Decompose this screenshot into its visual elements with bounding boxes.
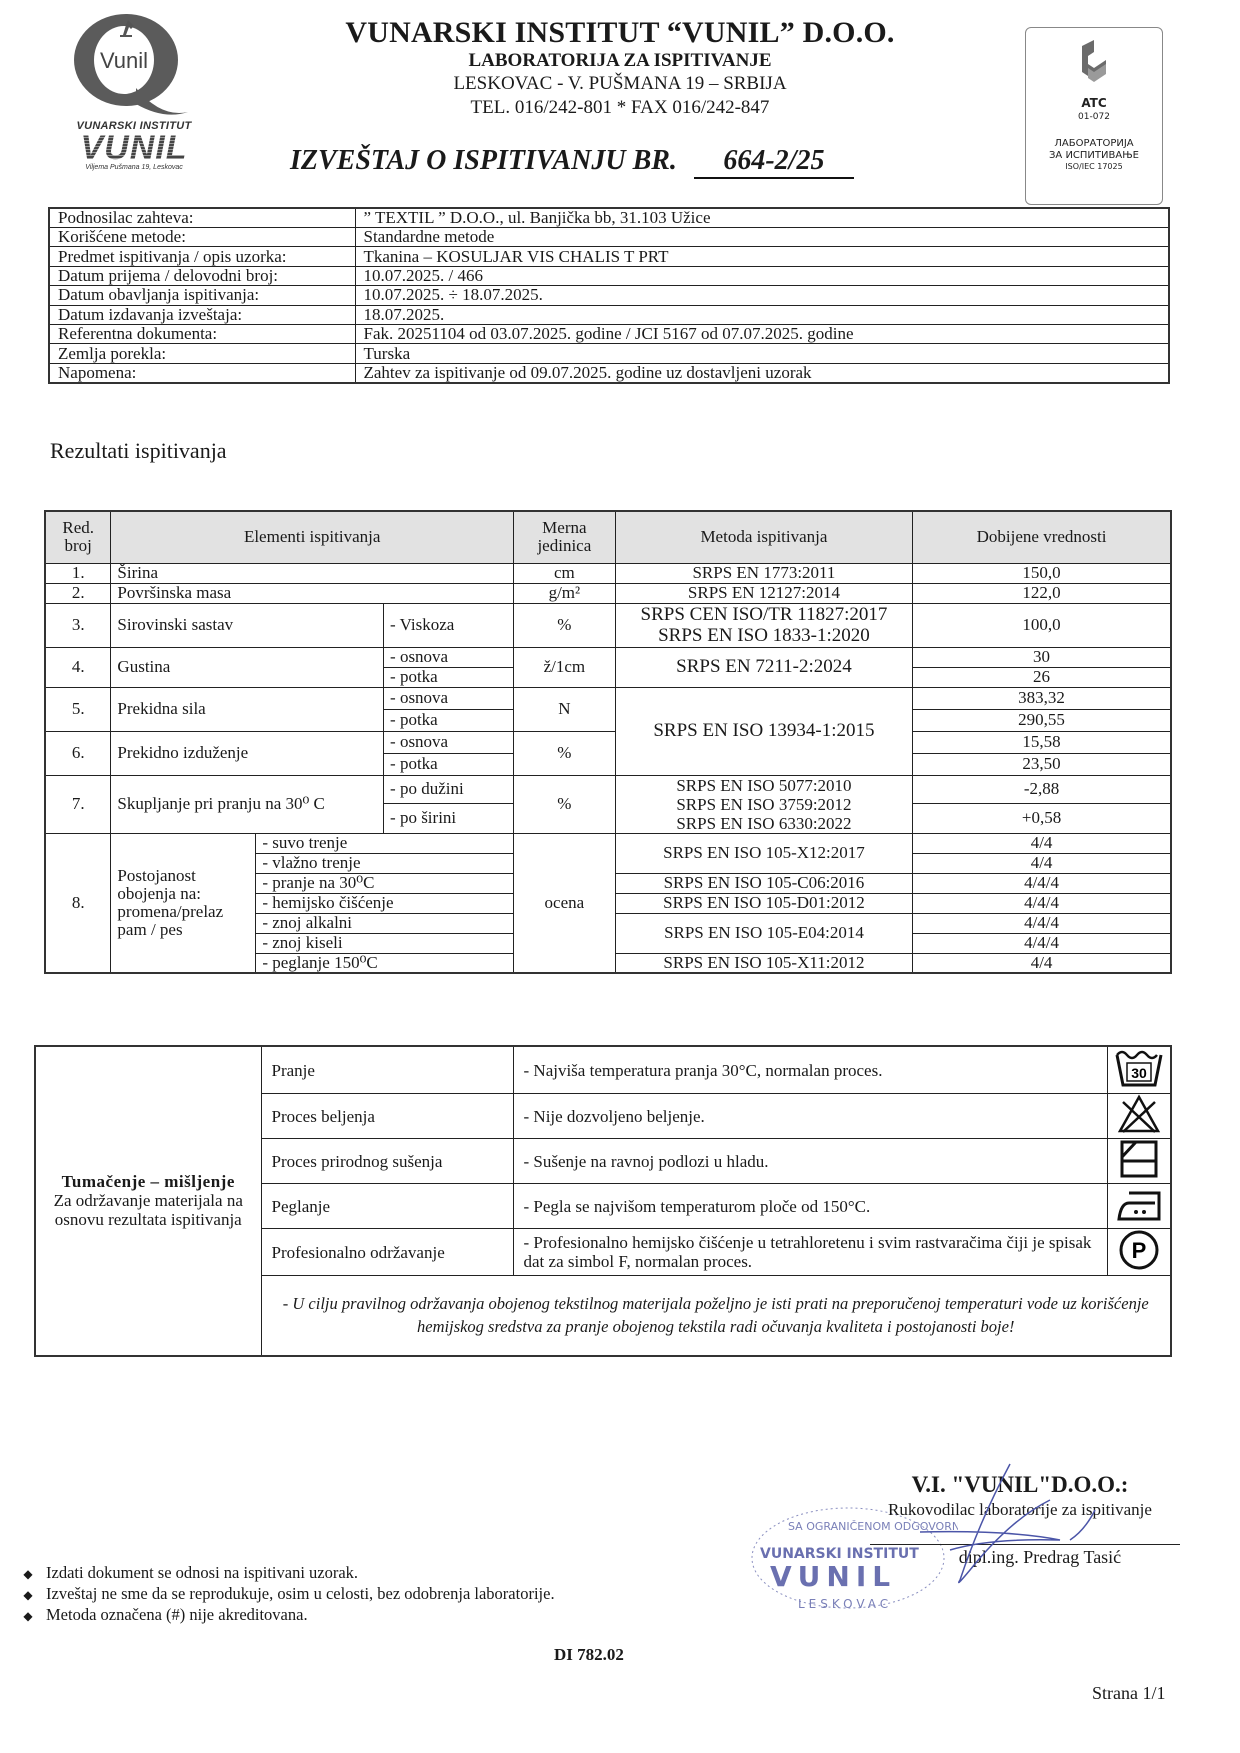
info-value: Fak. 20251104 od 03.07.2025. godine / JC…	[355, 324, 1169, 343]
atc-number: 01-072	[1026, 112, 1162, 122]
row-value: 23,50	[913, 753, 1171, 775]
request-info-table: Podnosilac zahteva:” TEXTIL ” D.O.O., ul…	[48, 207, 1170, 384]
interpretation-table: Tumačenje – mišljenje Za održavanje mate…	[34, 1045, 1172, 1357]
row-sub: - hemijsko čišćenje	[256, 893, 514, 913]
info-row: Korišćene metode:Standardne metode	[49, 228, 1169, 247]
results-header-row: Red. broj Elementi ispitivanja Merna jed…	[45, 511, 1171, 563]
row-sub: - znoj alkalni	[256, 913, 514, 933]
row-value: 4/4/4	[913, 873, 1171, 893]
row-element: Postojanost obojenja na: promena/prelaz …	[111, 833, 256, 973]
row-no: 5.	[45, 687, 111, 731]
row-value: +0,58	[913, 803, 1171, 833]
info-value: 18.07.2025.	[355, 305, 1169, 324]
row-no: 6.	[45, 731, 111, 775]
info-value: Turska	[355, 344, 1169, 363]
table-row: 6. Prekidno izduženje - osnova % 15,58	[45, 731, 1171, 753]
care-text: - Pegla se najvišom temperaturom ploče o…	[513, 1184, 1107, 1229]
atc-code: ATC	[1026, 96, 1162, 110]
table-row: 8. Postojanost obojenja na: promena/prel…	[45, 833, 1171, 853]
row-sub: - po širini	[384, 803, 514, 833]
method-line: SRPS EN ISO 1833-1:2020	[622, 625, 906, 646]
row-sub: - znoj kiseli	[256, 933, 514, 953]
row-no: 2.	[45, 583, 111, 603]
row-value: 4/4	[913, 853, 1171, 873]
row-unit: ocena	[513, 833, 615, 973]
info-label: Korišćene metode:	[49, 228, 355, 247]
care-text: - Nije dozvoljeno beljenje.	[513, 1094, 1107, 1139]
report-title-text: IZVEŠTAJ O ISPITIVANJU BR.	[290, 145, 677, 176]
contact: TEL. 016/242-801 * FAX 016/242-847	[300, 96, 940, 120]
method-line: SRPS EN ISO 5077:2010	[622, 776, 906, 795]
info-row: Zemlja porekla:Turska	[49, 344, 1169, 363]
row-sub: - vlažno trenje	[256, 853, 514, 873]
care-note: - U cilju pravilnog održavanja obojenog …	[261, 1276, 1171, 1356]
atc-label-line-2: ЗА ИСПИТИВАЊЕ	[1026, 150, 1162, 162]
row-value: 383,32	[913, 687, 1171, 709]
report-number: 664-2/25	[694, 145, 854, 179]
care-category: Proces beljenja	[261, 1094, 513, 1139]
row-value: 4/4	[913, 833, 1171, 853]
col-value: Dobijene vrednosti	[913, 511, 1171, 563]
row-sub: - suvo trenje	[256, 833, 514, 853]
footer-note: ◆Metoda označena (#) nije akreditovana.	[10, 1605, 555, 1626]
method-line: SRPS EN ISO 3759:2012	[622, 795, 906, 814]
method-line: SRPS CEN ISO/TR 11827:2017	[622, 604, 906, 625]
row-value: 26	[913, 667, 1171, 687]
org-name: VUNARSKI INSTITUT “VUNIL” D.O.O.	[300, 16, 940, 50]
results-heading: Rezultati ispitivanja	[50, 438, 227, 464]
report-title: IZVEŠTAJ O ISPITIVANJU BR. 664-2/25	[290, 145, 854, 179]
info-value: Standardne metode	[355, 228, 1169, 247]
atc-standard: ISO/IEC 17025	[1026, 162, 1162, 171]
svg-text:P: P	[1131, 1238, 1146, 1263]
info-label: Referentna dokumenta:	[49, 324, 355, 343]
row-method: SRPS EN ISO 105-X11:2012	[615, 953, 912, 973]
row-unit: %	[513, 775, 615, 833]
row-value: 4/4/4	[913, 893, 1171, 913]
signature-block: V.I. "VUNIL"D.O.O.: Rukovodilac laborato…	[860, 1472, 1180, 1568]
diamond-bullet-icon: ◆	[10, 1606, 46, 1626]
info-row: Datum izdavanja izveštaja:18.07.2025.	[49, 305, 1169, 324]
row-element: Gustina	[111, 647, 384, 687]
row-method: SRPS EN ISO 105-E04:2014	[615, 913, 912, 953]
info-row: Datum obavljanja ispitivanja:10.07.2025.…	[49, 286, 1169, 305]
row-value: 100,0	[913, 603, 1171, 647]
row-sub: - osnova	[384, 687, 514, 709]
logo-line-2: VUNIL	[64, 132, 204, 164]
row-value: 15,58	[913, 731, 1171, 753]
footer-note: ◆Izveštaj ne sme da se reprodukuje, osim…	[10, 1584, 555, 1605]
svg-text:30: 30	[1131, 1065, 1147, 1081]
row-no: 3.	[45, 603, 111, 647]
footer-note-text: Izdati dokument se odnosi na ispitivani …	[46, 1563, 358, 1582]
row-element: Širina	[111, 563, 514, 583]
method-line: SRPS EN ISO 6330:2022	[622, 814, 906, 833]
row-sub: - Viskoza	[384, 603, 514, 647]
row-no: 8.	[45, 833, 111, 973]
row-sub: - potka	[384, 753, 514, 775]
table-row: 1. Širina cm SRPS EN 1773:2011 150,0	[45, 563, 1171, 583]
table-row: 3. Sirovinski sastav - Viskoza % SRPS CE…	[45, 603, 1171, 647]
row-sub: - osnova	[384, 647, 514, 667]
row-sub: - osnova	[384, 731, 514, 753]
footer-note-text: Izveštaj ne sme da se reprodukuje, osim …	[46, 1584, 555, 1603]
dry-clean-p-icon: P	[1107, 1229, 1171, 1276]
info-label: Napomena:	[49, 363, 355, 383]
row-no: 4.	[45, 647, 111, 687]
info-value: 10.07.2025. / 466	[355, 266, 1169, 285]
row-method: SRPS EN ISO 105-C06:2016	[615, 873, 912, 893]
accreditation-badge: ATC 01-072 ЛАБОРАТОРИЈА ЗА ИСПИТИВАЊЕ IS…	[1025, 27, 1163, 205]
signature-org: V.I. "VUNIL"D.O.O.:	[860, 1472, 1180, 1498]
row-unit: N	[513, 687, 615, 731]
interpretation-subtitle: Za održavanje materijala na osnovu rezul…	[54, 1191, 243, 1229]
diamond-bullet-icon: ◆	[10, 1585, 46, 1605]
info-row: Datum prijema / delovodni broj:10.07.202…	[49, 266, 1169, 285]
row-method: SRPS EN ISO 13934-1:2015	[615, 687, 912, 775]
atc-label-line-1: ЛАБОРАТОРИЈА	[1026, 138, 1162, 150]
row-value: -2,88	[913, 775, 1171, 803]
row-element: Prekidno izduženje	[111, 731, 384, 775]
table-row: 2. Površinska masa g/m² SRPS EN 12127:20…	[45, 583, 1171, 603]
info-value: 10.07.2025. ÷ 18.07.2025.	[355, 286, 1169, 305]
dry-flat-shade-icon	[1107, 1139, 1171, 1184]
info-value: ” TEXTIL ” D.O.O., ul. Banjička bb, 31.1…	[355, 208, 1169, 228]
wash-30-icon: 30	[1107, 1046, 1171, 1094]
row-element: Prekidna sila	[111, 687, 384, 731]
row-value: 122,0	[913, 583, 1171, 603]
footer-notes: ◆Izdati dokument se odnosi na ispitivani…	[10, 1563, 555, 1626]
care-text: - Najviša temperatura pranja 30°C, norma…	[513, 1046, 1107, 1094]
signature-name: dipl.ing. Predrag Tasić	[860, 1547, 1180, 1568]
row-value: 150,0	[913, 563, 1171, 583]
row-unit: %	[513, 603, 615, 647]
row-sub: - po dužini	[384, 775, 514, 803]
row-unit: cm	[513, 563, 615, 583]
row-element: Površinska masa	[111, 583, 514, 603]
svg-text:Vunil: Vunil	[100, 48, 148, 73]
signature-role: Rukovodilac laboratorije za ispitivanje	[860, 1500, 1180, 1520]
interpretation-title: Tumačenje – mišljenje Za održavanje mate…	[35, 1046, 261, 1356]
care-text: - Profesionalno hemijsko čišćenje u tetr…	[513, 1229, 1107, 1276]
care-row: Tumačenje – mišljenje Za održavanje mate…	[35, 1046, 1171, 1094]
care-text: - Sušenje na ravnoj podlozi u hladu.	[513, 1139, 1107, 1184]
row-unit: g/m²	[513, 583, 615, 603]
info-label: Podnosilac zahteva:	[49, 208, 355, 228]
row-unit: ž/1cm	[513, 647, 615, 687]
care-category: Proces prirodnog sušenja	[261, 1139, 513, 1184]
row-unit: %	[513, 731, 615, 775]
care-category: Pranje	[261, 1046, 513, 1094]
row-sub: - potka	[384, 709, 514, 731]
q-logo-icon: Vunil	[66, 8, 190, 126]
svg-text:LESKOVAC: LESKOVAC	[798, 1597, 892, 1611]
care-category: Profesionalno održavanje	[261, 1229, 513, 1276]
interpretation-heading: Tumačenje – mišljenje	[62, 1172, 235, 1191]
row-sub: - peglanje 150⁰C	[256, 953, 514, 973]
info-value: Zahtev za ispitivanje od 09.07.2025. god…	[355, 363, 1169, 383]
vunil-wordmark: VUNARSKI INSTITUT VUNIL Viljema Pušmana …	[64, 120, 204, 171]
info-label: Datum obavljanja ispitivanja:	[49, 286, 355, 305]
col-element: Elementi ispitivanja	[111, 511, 514, 563]
footer-note-text: Metoda označena (#) nije akreditovana.	[46, 1605, 308, 1624]
row-method: SRPS EN 7211-2:2024	[615, 647, 912, 687]
row-element: Skupljanje pri pranju na 30⁰ C	[111, 775, 384, 833]
info-row: Podnosilac zahteva:” TEXTIL ” D.O.O., ul…	[49, 208, 1169, 228]
signature-line	[870, 1544, 1180, 1545]
row-method: SRPS EN 1773:2011	[615, 563, 912, 583]
col-method: Metoda ispitivanja	[615, 511, 912, 563]
page-number: Strana 1/1	[1092, 1683, 1166, 1704]
col-no: Red. broj	[45, 511, 111, 563]
atc-logo-icon	[1074, 40, 1114, 90]
row-value: 290,55	[913, 709, 1171, 731]
row-value: 4/4/4	[913, 913, 1171, 933]
row-element: Sirovinski sastav	[111, 603, 384, 647]
footer-note: ◆Izdati dokument se odnosi na ispitivani…	[10, 1563, 555, 1584]
info-label: Datum izdavanja izveštaja:	[49, 305, 355, 324]
care-category: Peglanje	[261, 1184, 513, 1229]
diamond-bullet-icon: ◆	[10, 1564, 46, 1584]
results-table: Red. broj Elementi ispitivanja Merna jed…	[44, 510, 1172, 974]
no-bleach-icon	[1107, 1094, 1171, 1139]
row-no: 1.	[45, 563, 111, 583]
row-method: SRPS EN ISO 5077:2010 SRPS EN ISO 3759:2…	[615, 775, 912, 833]
info-row: Napomena:Zahtev za ispitivanje od 09.07.…	[49, 363, 1169, 383]
row-method: SRPS EN ISO 105-D01:2012	[615, 893, 912, 913]
row-method: SRPS EN 12127:2014	[615, 583, 912, 603]
row-no: 7.	[45, 775, 111, 833]
info-value: Tkanina – KOSULJAR VIS CHALIS T PRT	[355, 247, 1169, 266]
info-label: Zemlja porekla:	[49, 344, 355, 363]
info-row: Predmet ispitivanja / opis uzorka:Tkanin…	[49, 247, 1169, 266]
col-unit: Merna jedinica	[513, 511, 615, 563]
letterhead: VUNARSKI INSTITUT “VUNIL” D.O.O. LABORAT…	[300, 16, 940, 120]
lab-name: LABORATORIJA ZA ISPITIVANJE	[300, 50, 940, 72]
row-method: SRPS CEN ISO/TR 11827:2017 SRPS EN ISO 1…	[615, 603, 912, 647]
row-sub: - pranje na 30⁰C	[256, 873, 514, 893]
table-row: 7. Skupljanje pri pranju na 30⁰ C - po d…	[45, 775, 1171, 803]
row-method: SRPS EN ISO 105-X12:2017	[615, 833, 912, 873]
iron-two-dots-icon	[1107, 1184, 1171, 1229]
row-value: 30	[913, 647, 1171, 667]
vunil-q-logo: Vunil	[66, 8, 190, 126]
address: LESKOVAC - V. PUŠMANA 19 – SRBIJA	[300, 72, 940, 96]
info-row: Referentna dokumenta:Fak. 20251104 od 03…	[49, 324, 1169, 343]
info-label: Datum prijema / delovodni broj:	[49, 266, 355, 285]
table-row: 4. Gustina - osnova ž/1cm SRPS EN 7211-2…	[45, 647, 1171, 667]
row-value: 4/4	[913, 953, 1171, 973]
row-value: 4/4/4	[913, 933, 1171, 953]
row-sub: - potka	[384, 667, 514, 687]
atc-label: ЛАБОРАТОРИЈА ЗА ИСПИТИВАЊЕ	[1026, 138, 1162, 162]
table-row: 5. Prekidna sila - osnova N SRPS EN ISO …	[45, 687, 1171, 709]
info-label: Predmet ispitivanja / opis uzorka:	[49, 247, 355, 266]
document-id: DI 782.02	[554, 1645, 624, 1665]
